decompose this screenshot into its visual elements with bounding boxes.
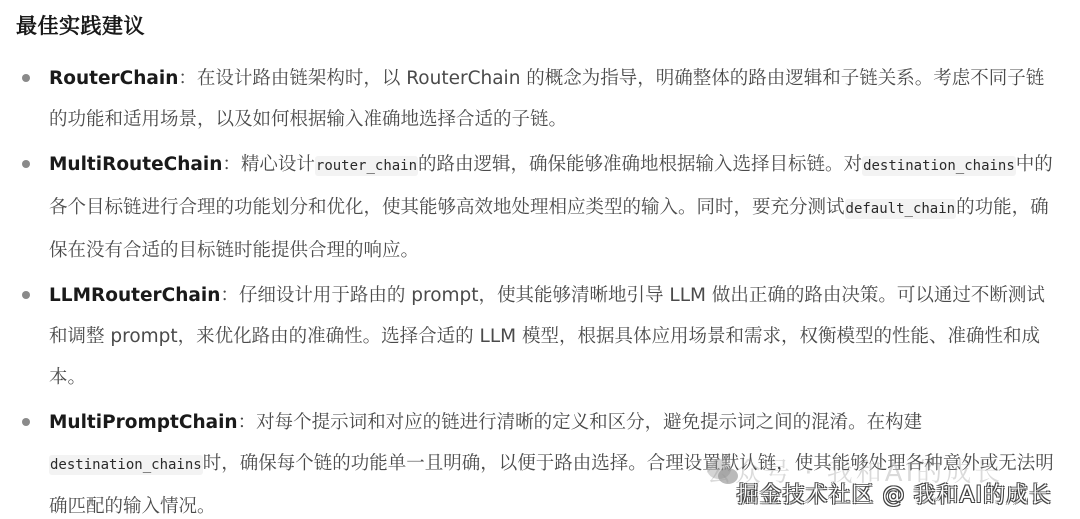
item-term: LLMRouterChain (49, 285, 220, 306)
inline-code: destination_chains (49, 455, 203, 475)
item-body: ：在设计路由链架构时，以 RouterChain 的概念为指导，明确整体的路由逻… (49, 68, 1044, 130)
item-text: ：对每个提示词和对应的链进行清晰的定义和区分，避免提示词之间的混淆。在构建 (238, 412, 923, 433)
list-item: MultiRouteChain：精心设计router_chain的路由逻辑，确保… (0, 144, 1080, 271)
inline-code: destination_chains (862, 156, 1016, 176)
list-item: RouterChain：在设计路由链架构时，以 RouterChain 的概念为… (0, 58, 1080, 140)
inline-code: router_chain (315, 156, 418, 176)
item-text: ：在设计路由链架构时，以 RouterChain 的概念为指导，明确整体的路由逻… (49, 68, 1044, 130)
item-text: 的路由逻辑，确保能够准确地根据输入选择目标链。对 (418, 154, 862, 175)
bullet-icon (22, 418, 30, 426)
item-term: RouterChain (49, 68, 178, 89)
watermark: 掘金技术社区 @ 我和AI的成长 (736, 478, 1052, 509)
page-heading: 最佳实践建议 (16, 10, 145, 40)
inline-code: default_chain (845, 199, 957, 219)
bullet-icon (22, 74, 30, 82)
item-text: ：精心设计 (222, 154, 315, 175)
list-item: LLMRouterChain：仔细设计用于路由的 prompt，使其能够清晰地引… (0, 275, 1080, 398)
best-practices-list: RouterChain：在设计路由链架构时，以 RouterChain 的概念为… (0, 58, 1080, 519)
item-term: MultiPromptChain (49, 412, 238, 433)
bullet-icon (22, 291, 30, 299)
item-term: MultiRouteChain (49, 154, 222, 175)
bullet-icon (22, 160, 30, 168)
